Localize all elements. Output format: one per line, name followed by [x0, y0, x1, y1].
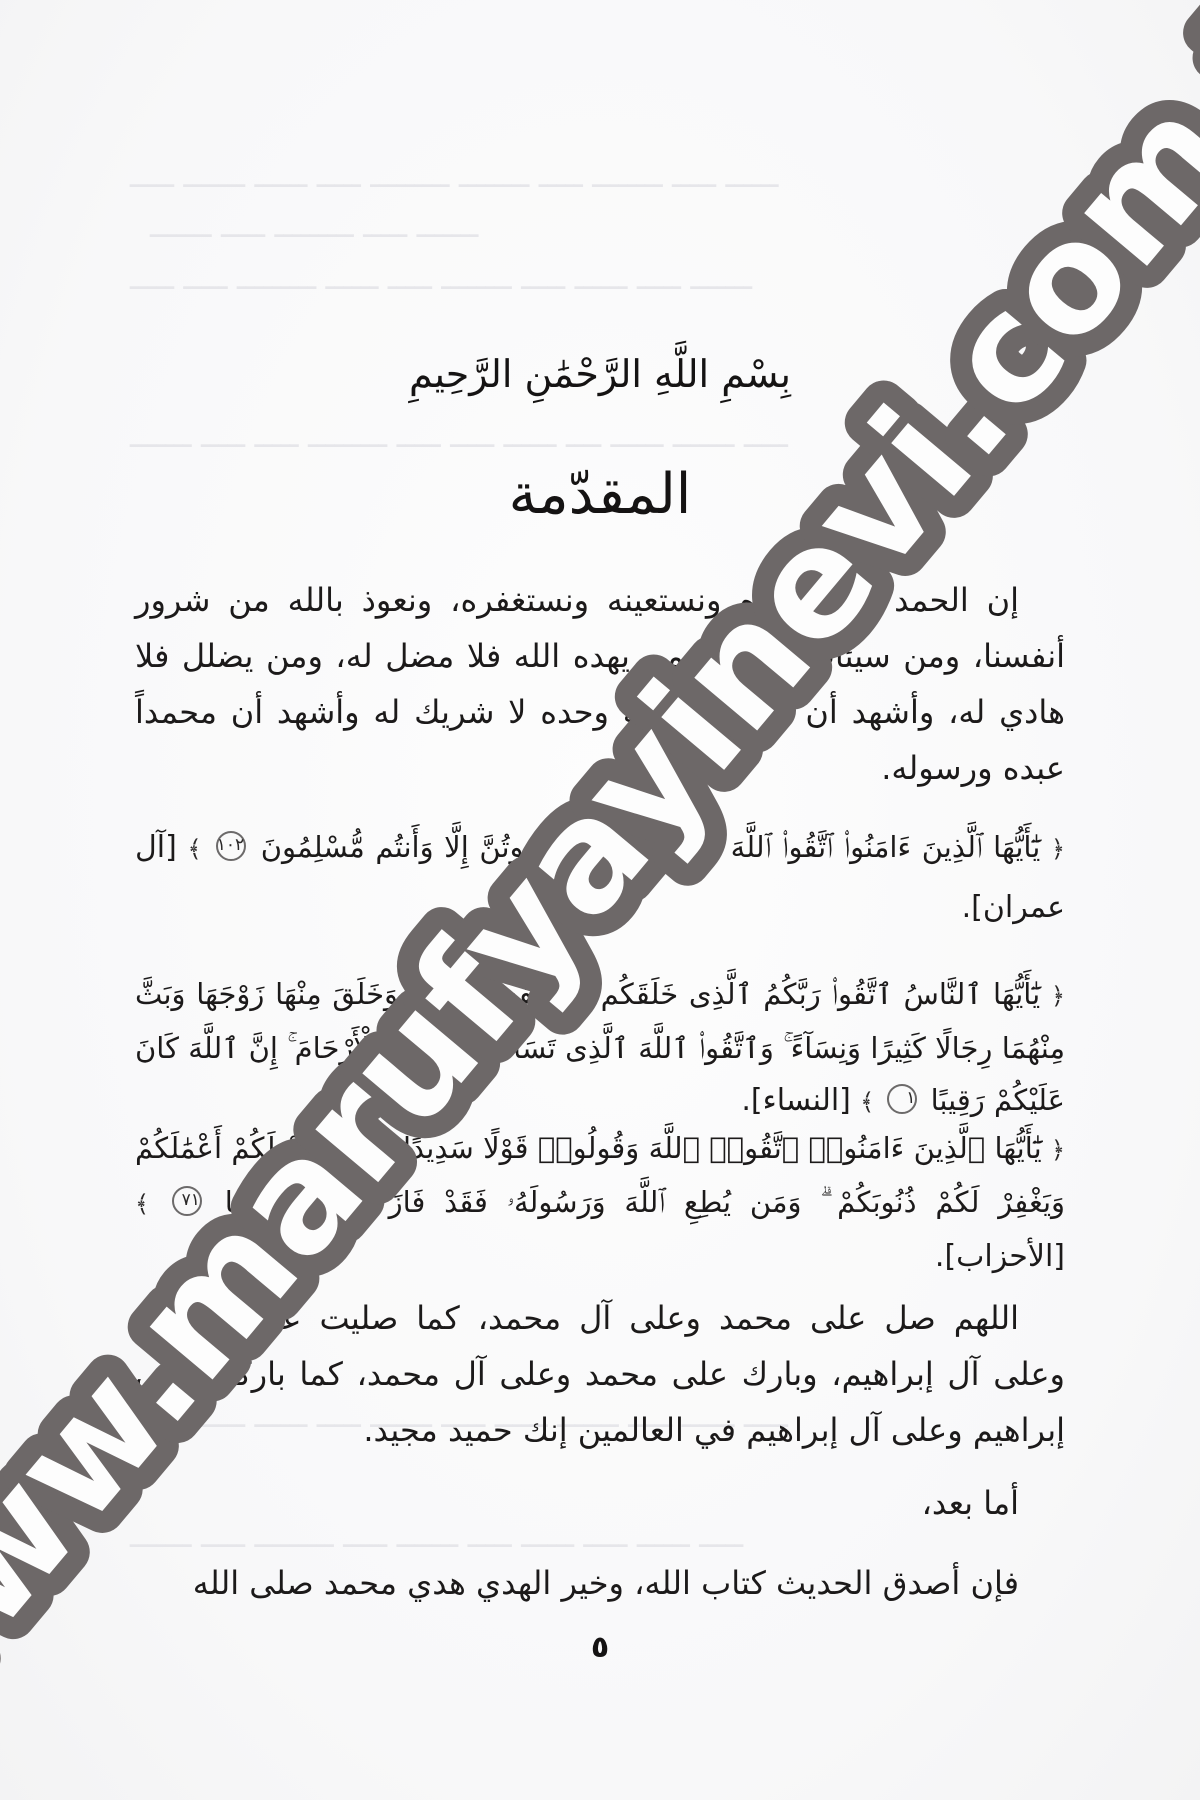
ayah-number-marker: ١ [887, 1084, 917, 1114]
verse-close-bracket: ﴾ [187, 835, 201, 863]
book-page: ـــــ ـــــــ ــــــ ـــــ ـــــــــ ـــ… [0, 0, 1200, 1800]
verse-open-bracket: ﴿ [1051, 1136, 1065, 1164]
quran-verse-an-nisa: ﴿ يَٰٓأَيُّهَا ٱلنَّاسُ ٱتَّقُوا۟ رَبَّك… [135, 968, 1065, 1128]
ayah-number-marker: ٧٠ [360, 1132, 390, 1162]
verse-content: يَٰٓأَيُّهَا ٱلَّذِينَ ءَامَنُوا۟ ٱتَّقُ… [403, 1131, 1042, 1165]
verse-content: يَٰٓأَيُّهَا ٱلنَّاسُ ٱتَّقُوا۟ رَبَّكُم… [135, 977, 1065, 1117]
bleed-through-text: ـــــــ ـــــ ـــــــــ ـــــ ـــــــ [150, 210, 478, 245]
bleed-through-text: ـــــ ـــــــ ــــــ ـــــ ـــــــــ ـــ… [130, 160, 778, 195]
quran-verse-text: ﴿ يَٰٓأَيُّهَا ٱلَّذِينَ ءَامَنُوا۟ ٱتَّ… [135, 818, 1065, 937]
salawat-paragraph: اللهم صل على محمد وعلى آل محمد، كما صليت… [135, 1290, 1065, 1458]
verse-content: يَٰٓأَيُّهَا ٱلَّذِينَ ءَامَنُوا۟ ٱتَّقُ… [261, 830, 1041, 864]
verse-close-bracket: ﴾ [135, 1190, 149, 1218]
page-number: ٥ [0, 1630, 1200, 1665]
bleed-through-text: ـــــــ ـــــ ـــــ ـــــــــ ـــــ ــــ… [130, 420, 788, 455]
quran-verse-al-ahzab: ﴿ يَٰٓأَيُّهَا ٱلَّذِينَ ءَامَنُوا۟ ٱتَّ… [135, 1122, 1065, 1283]
surah-reference: [النساء]. [741, 1083, 850, 1118]
quran-verse-al-imran: ﴿ يَٰٓأَيُّهَا ٱلَّذِينَ ءَامَنُوا۟ ٱتَّ… [135, 818, 1065, 937]
paragraph-text: إن الحمد لله نحمده ونستعينه ونستغفره، ون… [135, 572, 1065, 796]
verse-open-bracket: ﴿ [1051, 982, 1065, 1010]
paragraph-text: اللهم صل على محمد وعلى آل محمد، كما صليت… [135, 1290, 1065, 1458]
verse-close-bracket: ﴾ [860, 1088, 874, 1116]
verse-open-bracket: ﴿ [1051, 835, 1065, 863]
surah-reference: [الأحزاب]. [935, 1239, 1065, 1274]
intro-paragraph: إن الحمد لله نحمده ونستعينه ونستغفره، ون… [135, 572, 1065, 796]
ayah-number-marker: ٧١ [172, 1186, 202, 1216]
closing-paragraph: فإن أصدق الحديث كتاب الله، وخير الهدي هد… [135, 1555, 1065, 1611]
ayah-number-marker: ١٠٢ [216, 831, 246, 861]
quran-verse-text: ﴿ يَٰٓأَيُّهَا ٱلنَّاسُ ٱتَّقُوا۟ رَبَّك… [135, 968, 1065, 1128]
basmala-heading: بِسْمِ اللَّهِ الرَّحْمَٰنِ الرَّحِيمِ [0, 352, 1200, 396]
bleed-through-text: ـــــ ـــــ ـــــــــ ــــــ ـــــ ـــــ… [130, 262, 752, 297]
paragraph-content: اللهم صل على محمد وعلى آل محمد، كما صليت… [135, 1299, 1065, 1449]
quran-verse-text: ﴿ يَٰٓأَيُّهَا ٱلَّذِينَ ءَامَنُوا۟ ٱتَّ… [135, 1122, 1065, 1283]
paragraph-content: إن الحمد لله نحمده ونستعينه ونستغفره، ون… [135, 581, 1065, 787]
paragraph-text: أما بعد، [135, 1475, 1065, 1531]
amma-bad-line: أما بعد، [135, 1475, 1065, 1531]
paragraph-content: أما بعد، [922, 1484, 1019, 1522]
page-title: المقدّمة [0, 462, 1200, 527]
paragraph-content: فإن أصدق الحديث كتاب الله، وخير الهدي هد… [193, 1564, 1019, 1602]
paragraph-text: فإن أصدق الحديث كتاب الله، وخير الهدي هد… [135, 1555, 1065, 1611]
